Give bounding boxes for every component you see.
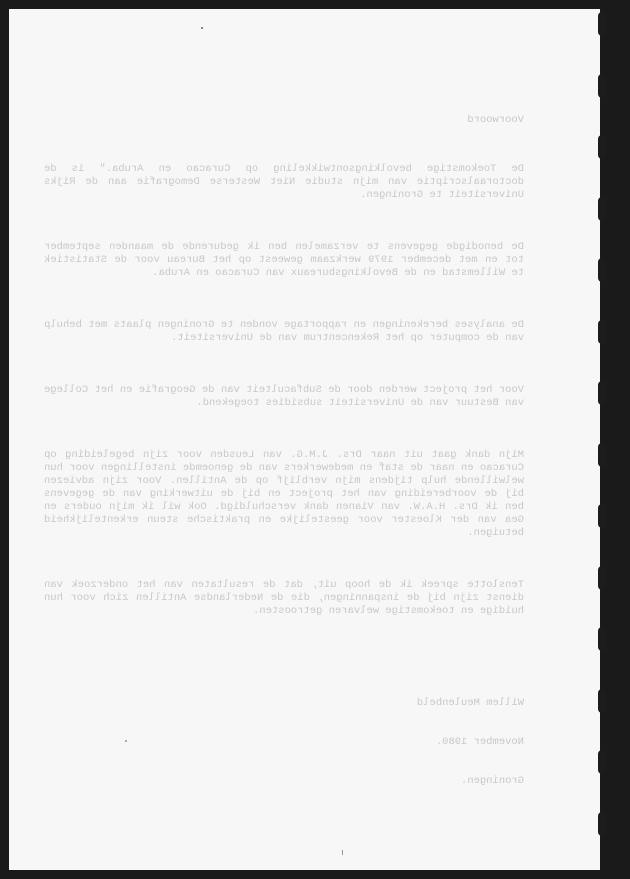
paragraph-5: Mijn dank gaat uit naar Drs. J.M.G. van … (44, 449, 524, 540)
dust-speck (342, 850, 343, 855)
signature-block: Willem Meulenbeld November 1980. Groning… (284, 671, 524, 814)
binding-hole (598, 812, 606, 836)
binding-hole (598, 320, 606, 344)
signature-name: Willem Meulenbeld (284, 697, 524, 710)
binding-hole (598, 12, 606, 36)
paragraph-4: Voor het project werden door de Subfacul… (44, 384, 524, 410)
mirrored-bleed-through-text: Voorwoord De Toekomstige bevolkingsontwi… (44, 88, 524, 827)
dust-speck (125, 740, 127, 742)
binding-hole (598, 74, 606, 98)
paragraph-2: De benodigde gegevens te verzamelen ben … (44, 241, 524, 280)
binding-hole (598, 443, 606, 467)
signature-place: Groningen. (284, 775, 524, 788)
binding-hole (598, 689, 606, 713)
paragraph-1: De Toekomstige bevolkingsontwikkeling op… (44, 163, 524, 202)
page-title: Voorwoord (44, 114, 524, 127)
paragraph-6: Tenslotte spreek ik de hoop uit, dat de … (44, 579, 524, 618)
binding-hole (598, 381, 606, 405)
signature-date: November 1980. (284, 736, 524, 749)
dust-speck (201, 27, 203, 29)
binding-edge (600, 0, 630, 879)
binding-hole (598, 627, 606, 651)
binding-hole (598, 197, 606, 221)
binding-hole (598, 504, 606, 528)
paragraph-3: De analyses berekeningen en rapportage v… (44, 319, 524, 345)
binding-hole (598, 566, 606, 590)
binding-hole (598, 750, 606, 774)
binding-hole (598, 258, 606, 282)
binding-hole (598, 135, 606, 159)
